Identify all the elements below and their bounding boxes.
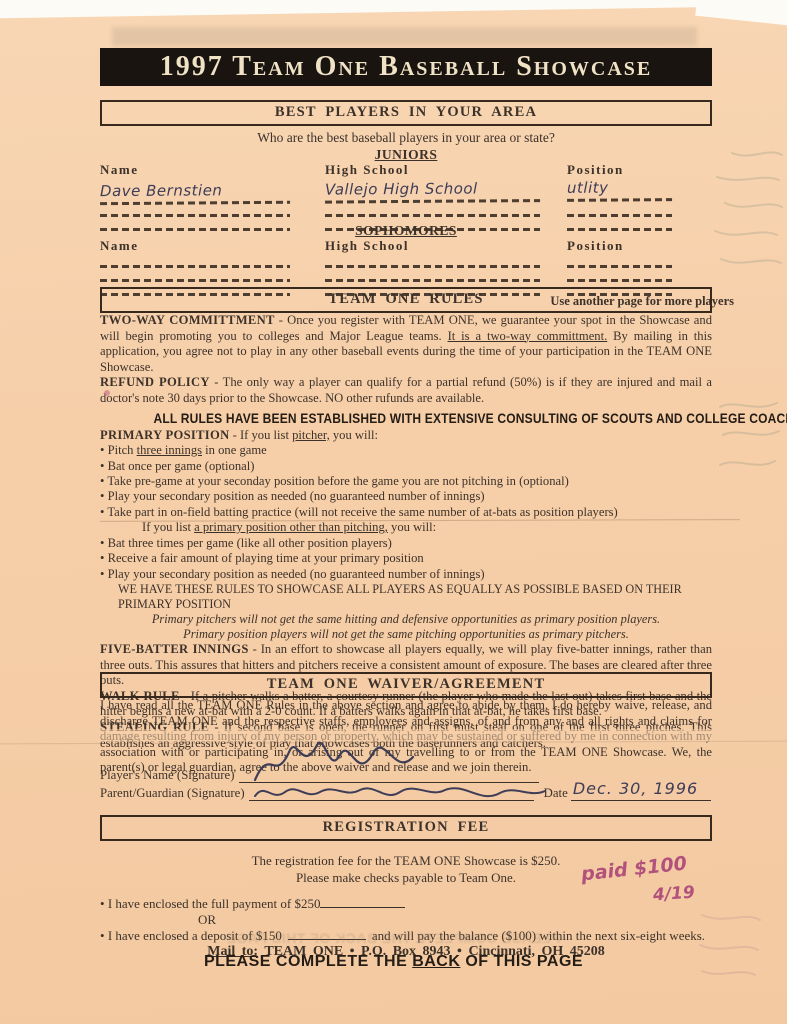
primary-position-intro: PRIMARY POSITION - If you list pitcher, … — [100, 428, 712, 444]
or-label: OR — [100, 912, 712, 928]
junior-school-value: Vallejo High School — [325, 179, 567, 204]
bleed-through-ghost — [112, 27, 697, 46]
sophomores-blank-row — [100, 268, 712, 282]
registration-header: REGISTRATION FEE — [100, 815, 712, 841]
footer-bleed-ghost: PLEASE COMPLETE THE BACK OF THIS PAGE — [0, 930, 787, 946]
refund-lead: REFUND POLICY — [100, 375, 210, 389]
junior-name-value: Dave Bernstien — [100, 181, 325, 206]
paid-date-handwritten: 4/19 — [653, 883, 696, 906]
junior-entry-row: Dave Bernstien Vallejo High School utlit… — [100, 178, 712, 205]
italic-note-1: Primary pitchers will not get the same h… — [100, 612, 712, 627]
other-position-intro: If you list a primary position other tha… — [100, 520, 712, 536]
pitcher-bullet: Take part in on-field batting practice (… — [100, 505, 712, 520]
date-value-handwritten: Dec. 30, 1996 — [573, 779, 698, 798]
parent-signature-scribble — [250, 778, 550, 808]
sophomores-column-headers: Name High School Position — [100, 238, 712, 254]
juniors-column-headers: Name High School Position — [100, 162, 712, 178]
payment-options: • I have enclosed the full payment of $2… — [100, 896, 712, 960]
sophomores-blank-row — [100, 254, 712, 268]
rules-banner: ALL RULES HAVE BEEN ESTABLISHED WITH EXT… — [100, 410, 712, 426]
pitcher-bullet: Pitch three innings in one game — [100, 443, 712, 458]
two-way-lead: TWO-WAY COMMITTMENT — [100, 313, 275, 327]
page-title: 1997 Team One Baseball Showcase — [160, 51, 652, 83]
bleed-through-ghost — [715, 395, 785, 485]
italic-note-2: Primary position players will not get th… — [100, 627, 712, 642]
col-header-name: Name — [100, 162, 325, 178]
col-header-school: High School — [325, 162, 567, 178]
footer-instruction: PLEASE COMPLETE THE BACK OF THIS PAGE — [0, 953, 787, 971]
col-header-position: Position — [567, 162, 712, 178]
position-line — [567, 198, 672, 202]
junior-position-value: utlity — [567, 178, 712, 202]
position-bullet: Play your secondary position as needed (… — [100, 567, 712, 582]
position-bullet: Bat three times per game (like all other… — [100, 536, 712, 551]
waiver-header: TEAM ONE WAIVER/AGREEMENT — [100, 672, 712, 698]
bleed-through-ghost — [700, 145, 787, 285]
best-players-header: BEST PLAYERS IN YOUR AREA — [100, 100, 712, 126]
player-signature-label: Player's Name (Signature) — [100, 768, 235, 783]
scanned-form-page: 1997 Team One Baseball Showcase BEST PLA… — [0, 0, 787, 1024]
parent-signature-label: Parent/Guardian (Signature) — [100, 786, 245, 801]
refund-paragraph: REFUND POLICY - The only way a player ca… — [100, 375, 712, 406]
equal-showcase-note: WE HAVE THESE RULES TO SHOWCASE ALL PLAY… — [100, 582, 712, 612]
pitcher-bullet: Bat once per game (optional) — [100, 459, 712, 474]
full-payment-blank — [320, 896, 405, 908]
scanner-edge — [0, 0, 787, 19]
ink-dot — [104, 390, 110, 396]
juniors-blank-row — [100, 203, 712, 217]
two-way-paragraph: TWO-WAY COMMITTMENT - Once you register … — [100, 313, 712, 375]
rules-header: TEAM ONE RULES — [100, 287, 712, 313]
best-players-question: Who are the best baseball players in you… — [100, 130, 712, 146]
pitcher-bullet: Take pre-game at your seconday position … — [100, 474, 712, 489]
juniors-table: Name High School Position Dave Bernstien… — [100, 162, 712, 231]
title-bar: 1997 Team One Baseball Showcase — [100, 48, 712, 86]
scanner-edge-corner — [695, 0, 787, 28]
full-payment-option: • I have enclosed the full payment of $2… — [100, 896, 712, 912]
bleed-through-ghost — [690, 905, 770, 985]
position-bullet: Receive a fair amount of playing time at… — [100, 551, 712, 566]
date-line: Dec. 30, 1996 — [571, 787, 711, 801]
pitcher-bullet: Play your secondary position as needed (… — [100, 489, 712, 504]
